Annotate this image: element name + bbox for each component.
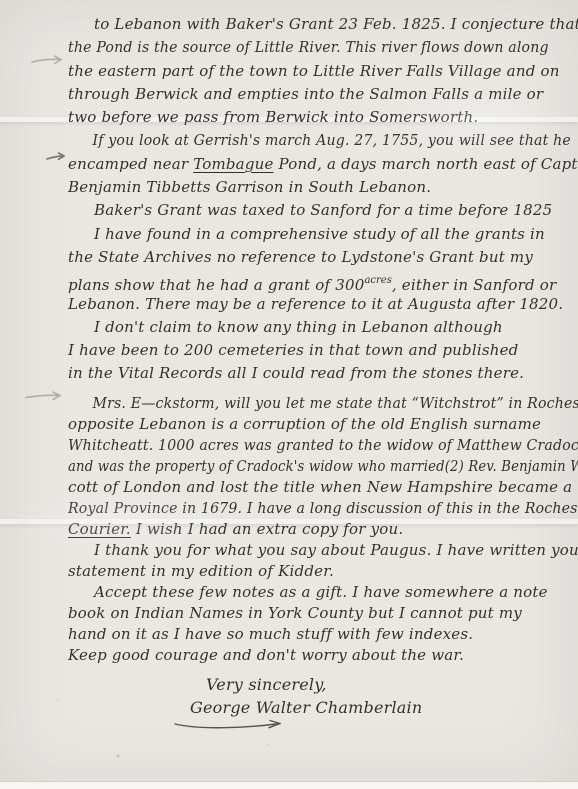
letter-line-segment: Pond, a days march north east of Capt [274, 155, 578, 173]
letter-line: opposite Lebanon is a corruption of the … [68, 414, 566, 435]
letter-line-segment: , either in Sanford or [392, 276, 557, 294]
page-bottom-edge [0, 781, 578, 789]
signature-flourish [172, 717, 566, 735]
letter-line: Keep good courage and don't worry about … [68, 645, 566, 666]
margin-arrow-icon [30, 53, 68, 67]
letter-page: to Lebanon with Baker's Grant 23 Feb. 18… [0, 0, 578, 789]
letter-line: Baker's Grant was taxed to Sanford for a… [68, 199, 566, 222]
letter-line: and was the property of Cradock's widow … [68, 456, 506, 477]
letter-line: statement in my edition of Kidder. [68, 561, 566, 582]
letter-line: the State Archives no reference to Lydst… [68, 246, 566, 269]
letter-closing: Very sincerely, [206, 675, 566, 694]
letter-line: in the Vital Records all I could read fr… [68, 362, 566, 385]
underlined-word: Courier. [68, 520, 131, 538]
letter-line: the Pond is the source of Little River. … [68, 36, 536, 59]
letter-line: the eastern part of the town to Little R… [68, 60, 566, 83]
letter-line: I have found in a comprehensive study of… [68, 223, 566, 246]
letter-line-segment: encamped near [68, 155, 193, 173]
letter-line: Royal Province in 1679. I have a long di… [68, 498, 536, 519]
letter-line: Accept these few notes as a gift. I have… [68, 582, 566, 603]
letter-line: encamped near Tombague Pond, a days marc… [68, 153, 566, 176]
signature: George Walter Chamberlain [190, 698, 566, 717]
letter-body: to Lebanon with Baker's Grant 23 Feb. 18… [68, 13, 566, 735]
letter-line: to Lebanon with Baker's Grant 23 Feb. 18… [68, 13, 566, 36]
letter-line: through Berwick and empties into the Sal… [68, 83, 566, 106]
letter-line: book on Indian Names in York County but … [68, 603, 566, 624]
letter-line: I thank you for what you say about Paugu… [68, 540, 566, 561]
letter-line: Courier. I wish I had an extra copy for … [68, 519, 566, 540]
letter-line: hand on it as I have so much stuff with … [68, 624, 566, 645]
margin-arrow-icon [24, 389, 68, 403]
letter-line: plans show that he had a grant of 300acr… [68, 269, 566, 292]
underlined-word: Tombague [193, 155, 273, 173]
superscript-word: acres [364, 275, 391, 286]
letter-line: Mrs. E—ckstorm, will you let me state th… [68, 393, 536, 414]
letter-line: I don't claim to know any thing in Leban… [68, 316, 566, 339]
letter-line-segment: plans show that he had a grant of 300 [68, 276, 364, 294]
margin-arrow-icon [46, 150, 70, 163]
letter-line-segment: I wish I had an extra copy for you. [131, 520, 403, 538]
letter-line: Lebanon. There may be a reference to it … [68, 293, 566, 316]
letter-line: I have been to 200 cemeteries in that to… [68, 339, 566, 362]
letter-line: Benjamin Tibbetts Garrison in South Leba… [68, 176, 566, 199]
letter-line: Whitcheatt. 1000 acres was granted to th… [68, 435, 536, 456]
letter-line: cott of London and lost the title when N… [68, 477, 566, 498]
letter-line: two before we pass from Berwick into Som… [68, 106, 566, 129]
letter-line: If you look at Gerrish's march Aug. 27, … [68, 129, 536, 152]
